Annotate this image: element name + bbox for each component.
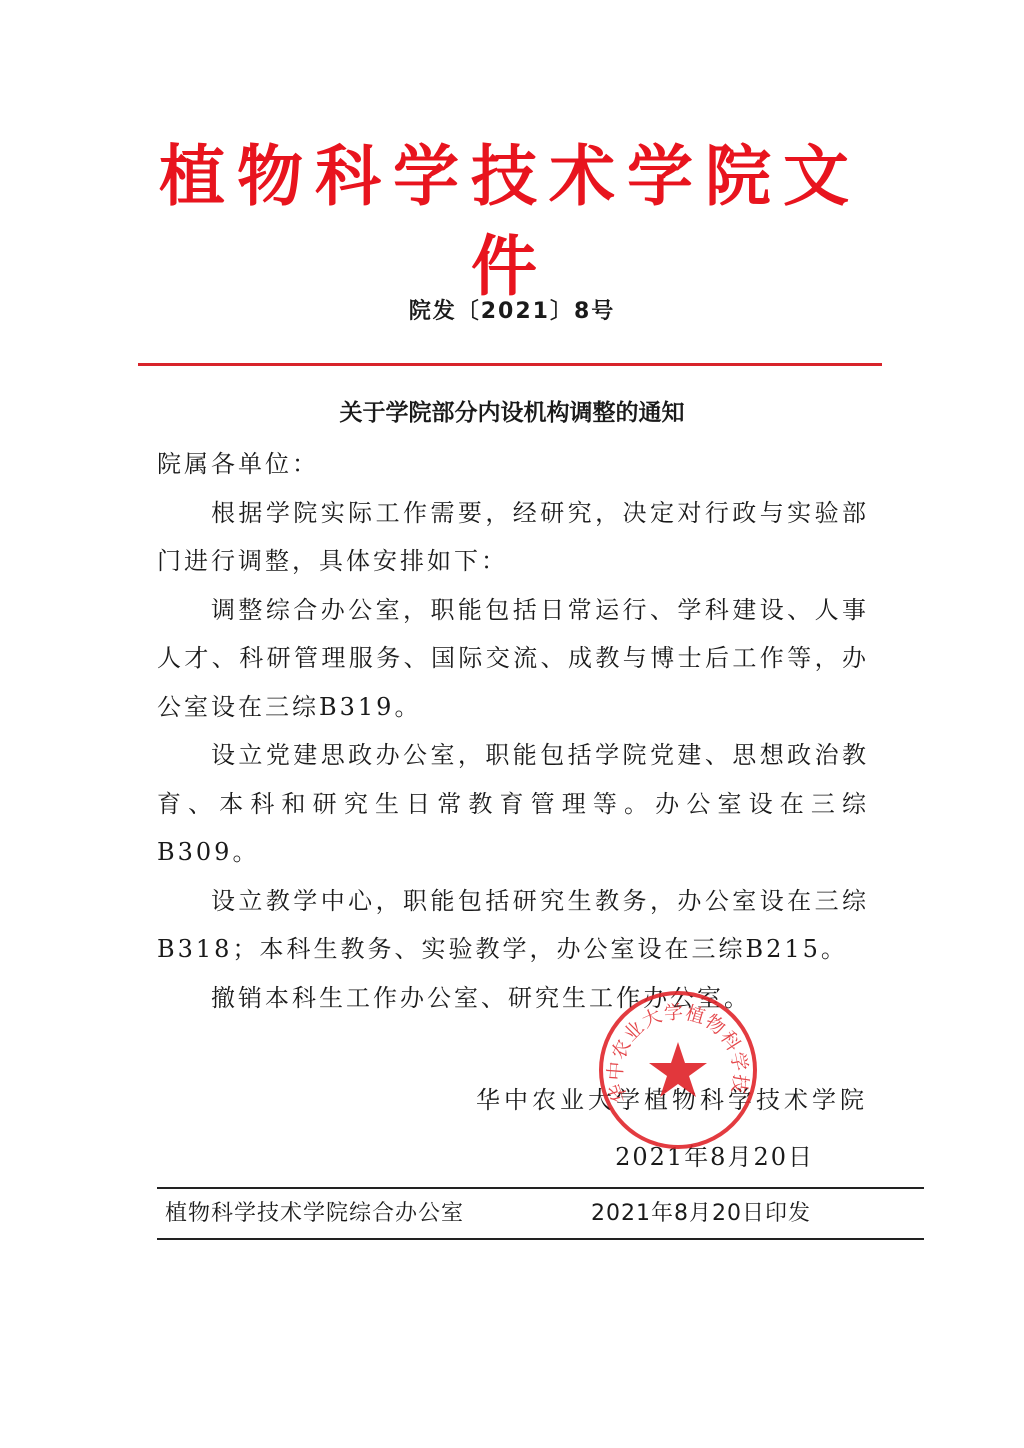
notice-body: 院属各单位： 根据学院实际工作需要，经研究，决定对行政与实验部门进行调整，具体安…: [157, 440, 869, 1022]
footer-rule-bottom: [157, 1238, 924, 1240]
notice-title: 关于学院部分内设机构调整的通知: [0, 394, 1024, 427]
paragraph-intro: 根据学院实际工作需要，经研究，决定对行政与实验部门进行调整，具体安排如下：: [157, 489, 869, 586]
paragraph-party-office: 设立党建思政办公室，职能包括学院党建、思想政治教育、本科和研究生日常教育管理等。…: [157, 731, 869, 877]
footer-issue-date: 2021年8月20日印发: [591, 1196, 811, 1227]
paragraph-teaching-center: 设立教学中心，职能包括研究生教务，办公室设在三综B318；本科生教务、实验教学，…: [157, 877, 869, 974]
paragraph-general-office: 调整综合办公室，职能包括日常运行、学科建设、人事人才、科研管理服务、国际交流、成…: [157, 586, 869, 732]
red-divider: [138, 363, 882, 366]
footer-rule-top: [157, 1187, 924, 1189]
svg-text:华中农业大学植物科学技术学院: 华中农业大学植物科学技术学院: [598, 990, 752, 1105]
official-seal-icon: 华中农业大学植物科学技术学院: [598, 990, 758, 1150]
paragraph-revocation: 撤销本科生工作办公室、研究生工作办公室。: [157, 974, 869, 1023]
salutation: 院属各单位：: [157, 440, 869, 489]
document-number: 院发〔2021〕8号: [0, 294, 1024, 325]
document-page: 植物科学技术学院文件 院发〔2021〕8号 关于学院部分内设机构调整的通知 院属…: [0, 0, 1024, 1448]
footer-issuer: 植物科学技术学院综合办公室: [165, 1196, 464, 1227]
document-header-title: 植物科学技术学院文件: [140, 132, 880, 312]
